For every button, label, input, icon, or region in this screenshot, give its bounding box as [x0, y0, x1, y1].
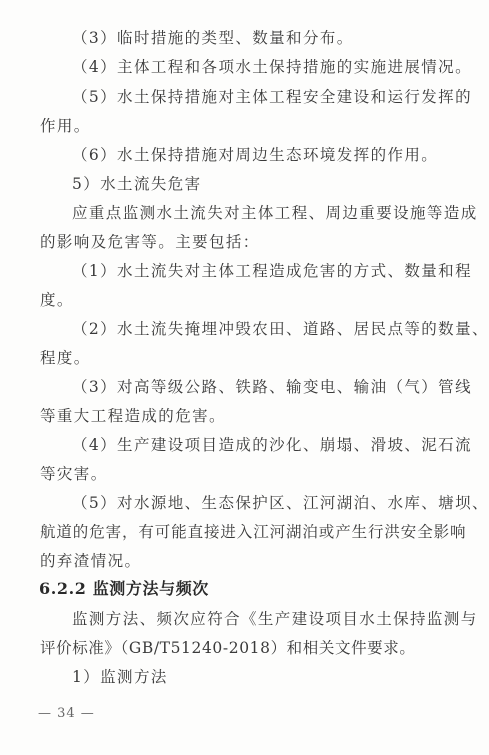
paragraph-line: 评价标准》（GB/T51240-2018）和相关文件要求。	[40, 637, 452, 659]
paragraph-line: 等重大工程造成的危害。	[40, 405, 452, 427]
paragraph-line: 的弃渣情况。	[40, 550, 452, 572]
subsection-title: 1）监测方法	[72, 666, 484, 688]
paragraph-line: （2）水土流失掩埋冲毁农田、道路、居民点等的数量、	[72, 318, 484, 340]
paragraph-line: （6）水土保持措施对周边生态环境发挥的作用。	[72, 144, 484, 166]
paragraph-line: 航道的危害，有可能直接进入江河湖泊或产生行洪安全影响	[40, 521, 452, 543]
page-number: — 34 —	[38, 706, 95, 721]
paragraph-line: 监测方法、频次应符合《生产建设项目水土保持监测与	[72, 608, 484, 630]
paragraph-line: 应重点监测水土流失对主体工程、周边重要设施等造成	[72, 202, 484, 224]
paragraph-line: （4）生产建设项目造成的沙化、崩塌、滑坡、泥石流	[72, 434, 484, 456]
document-page: （3）临时措施的类型、数量和分布。 （4）主体工程和各项水土保持措施的实施进展情…	[0, 0, 489, 755]
paragraph-line: 的影响及危害等。主要包括：	[40, 231, 452, 253]
paragraph-line: （4）主体工程和各项水土保持措施的实施进展情况。	[72, 56, 484, 78]
paragraph-line: （3）临时措施的类型、数量和分布。	[72, 27, 484, 49]
paragraph-line: （5）水土保持措施对主体工程安全建设和运行发挥的	[72, 86, 484, 108]
paragraph-line: 程度。	[40, 347, 452, 369]
paragraph-line: （5）对水源地、生态保护区、江河湖泊、水库、塘坝、	[72, 492, 484, 514]
paragraph-line: （3）对高等级公路、铁路、输变电、输油（气）管线	[72, 376, 484, 398]
subsection-title: 5）水土流失危害	[72, 173, 484, 195]
paragraph-line: 度。	[40, 289, 452, 311]
paragraph-line: 等灾害。	[40, 463, 452, 485]
section-heading: 6.2.2 监测方法与频次	[39, 578, 451, 600]
paragraph-line: 作用。	[40, 115, 452, 137]
paragraph-line: （1）水土流失对主体工程造成危害的方式、数量和程	[72, 260, 484, 282]
